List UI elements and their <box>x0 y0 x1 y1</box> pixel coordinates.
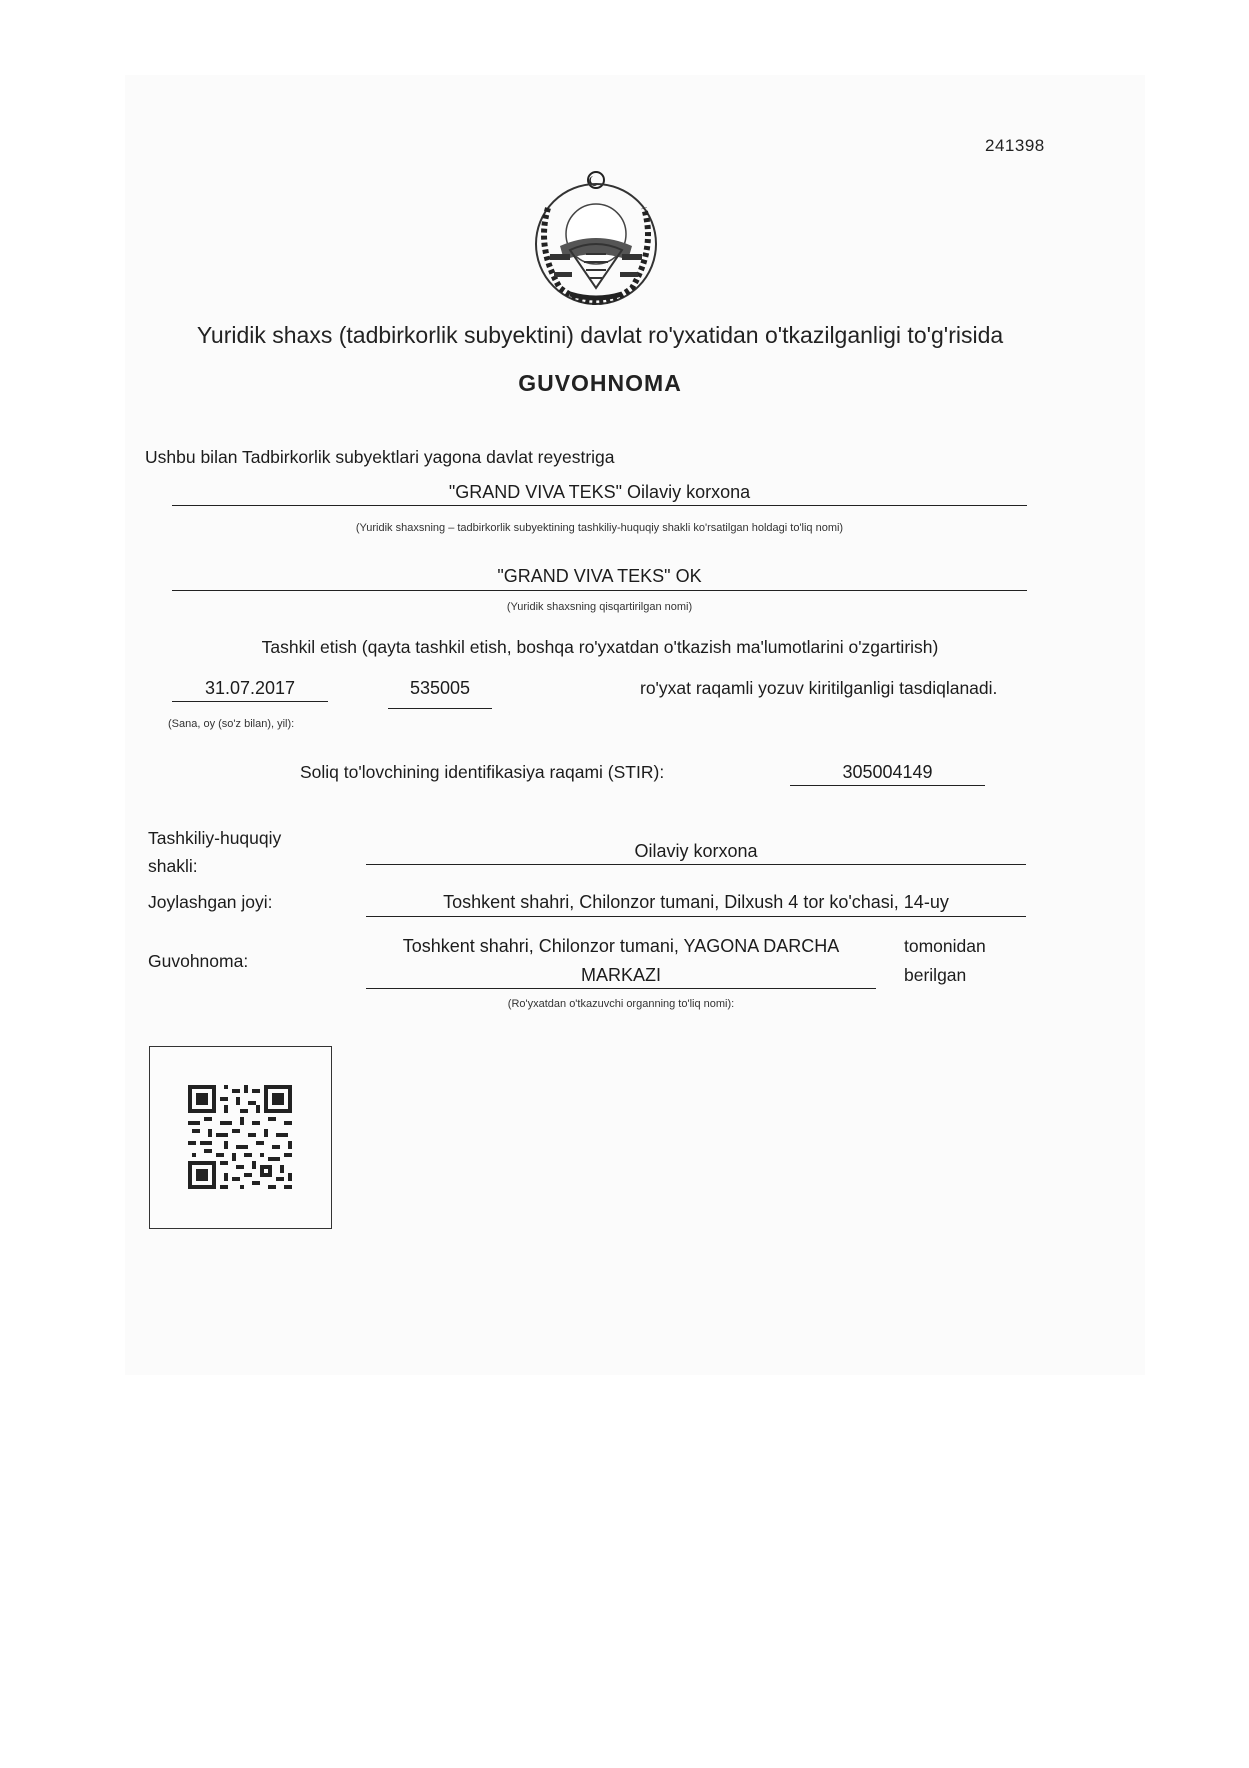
legal-form-label-line1: Tashkiliy-huquqiy <box>148 828 281 849</box>
stir-value: 305004149 <box>790 762 985 783</box>
issued-by-value-line2: MARKAZI <box>366 965 876 986</box>
issued-by-value-line1: Toshkent shahri, Chilonzor tumani, YAGON… <box>366 936 876 957</box>
registration-number-underline <box>388 708 492 709</box>
short-name-caption: (Yuridik shaxsning qisqartirilgan nomi) <box>172 601 1027 613</box>
stir-label: Soliq to'lovchining identifikasiya raqam… <box>300 762 664 783</box>
document-heading: GUVOHNOMA <box>0 370 1200 397</box>
document-subtitle: Yuridik shaxs (tadbirkorlik subyektini) … <box>0 322 1200 349</box>
qr-code-frame <box>149 1046 332 1229</box>
short-name-value: "GRAND VIVA TEKS" OK <box>172 566 1027 587</box>
full-name-value: "GRAND VIVA TEKS" Oilaviy korxona <box>172 482 1027 503</box>
short-name-underline <box>172 590 1027 591</box>
location-label: Joylashgan joyi: <box>148 892 273 913</box>
location-underline <box>366 916 1026 917</box>
action-line: Tashkil etish (qayta tashkil etish, bosh… <box>0 637 1200 658</box>
issued-by-label: Guvohnoma: <box>148 951 248 972</box>
qr-code-icon <box>188 1085 292 1189</box>
registration-number: 535005 <box>388 678 492 699</box>
document-number: 241398 <box>985 136 1045 156</box>
stir-underline <box>790 785 985 786</box>
legal-form-label-line2: shakli: <box>148 856 198 877</box>
full-name-underline <box>172 505 1027 506</box>
full-name-caption: (Yuridik shaxsning – tadbirkorlik subyek… <box>172 522 1027 534</box>
registration-date-underline <box>172 701 328 702</box>
legal-form-underline <box>366 864 1026 865</box>
registration-date-caption: (Sana, oy (so'z bilan), yil): <box>168 718 294 730</box>
intro-text: Ushbu bilan Tadbirkorlik subyektlari yag… <box>145 447 615 468</box>
registration-confirmation: ro'yxat raqamli yozuv kiritilganligi tas… <box>640 678 997 699</box>
issued-by-caption: (Ro'yxatdan o'tkazuvchi organning to'liq… <box>366 998 876 1010</box>
issued-by-suffix-line1: tomonidan <box>904 936 986 957</box>
registration-date: 31.07.2017 <box>172 678 328 699</box>
issued-by-underline <box>366 988 876 989</box>
issued-by-suffix-line2: berilgan <box>904 965 966 986</box>
legal-form-value: Oilaviy korxona <box>366 841 1026 862</box>
location-value: Toshkent shahri, Chilonzor tumani, Dilxu… <box>366 892 1026 913</box>
state-emblem-icon <box>530 168 662 308</box>
